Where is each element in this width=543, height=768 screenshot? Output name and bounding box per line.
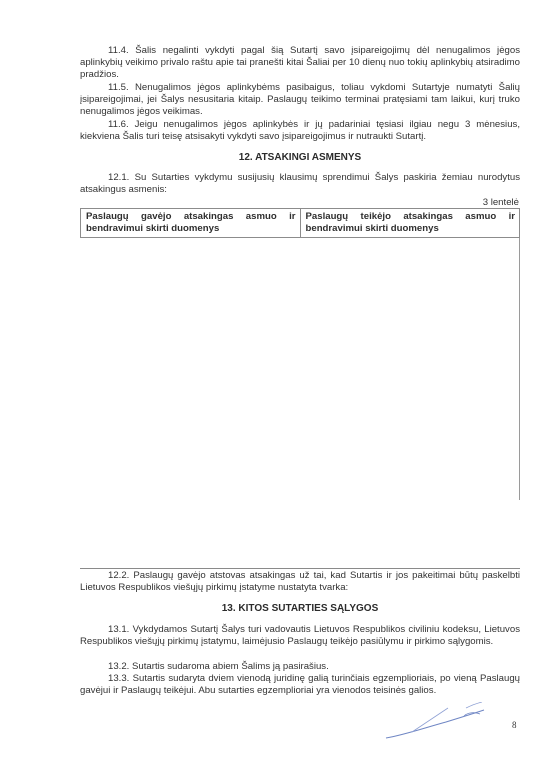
paragraph-12-2: 12.2. Paslaugų gavėjo atstovas atsakinga… [80,570,520,594]
paragraph-number: 12.1. [108,172,129,183]
paragraph-text: Sutartis sudaryta dviem vienodą juridinę… [80,673,520,696]
paragraph-12-1: 12.1. Su Sutarties vykdymu susijusių kla… [80,172,520,196]
paragraph-number: 11.6. [108,119,129,130]
section-heading-12: 12. ATSAKINGI ASMENYS [80,152,520,163]
paragraph-text: Paslaugų gavėjo atstovas atsakingas už t… [80,570,520,593]
paragraph-13-1: 13.1. Vykdydamos Sutartį Šalys turi vado… [80,624,520,648]
paragraph-number: 13.1. [108,624,129,635]
table-header-recipient: Paslaugų gavėjo atsakingas asmuo ir bend… [81,209,300,237]
paragraph-11-6: 11.6. Jeigu nenugalimos jėgos aplinkybės… [80,119,520,143]
table-header-provider: Paslaugų teikėjo atsakingas asmuo ir ben… [300,209,520,237]
paragraph-number: 11.5. [108,82,129,93]
paragraph-text: Šalis negalinti vykdyti pagal šią Sutart… [80,45,520,80]
paragraph-13-3: 13.3. Sutartis sudaryta dviem vienodą ju… [80,673,520,697]
table-border [519,238,520,500]
paragraph-text: Sutartis sudaroma abiem Šalims ją pasira… [132,661,329,672]
paragraph-text: Nenugalimos jėgos aplinkybėms pasibaigus… [80,82,520,117]
paragraph-number: 12.2. [108,570,129,581]
paragraph-11-4: 11.4. Šalis negalinti vykdyti pagal šią … [80,45,520,82]
paragraph-text: Su Sutarties vykdymu susijusių klausimų … [80,172,520,195]
signature-icon [384,702,494,742]
table-bottom-border [80,568,520,569]
paragraph-number: 13.2. [108,661,129,672]
page-number: 8 [512,720,517,730]
table-caption: 3 lentelė [483,197,519,208]
document-page: 11.4. Šalis negalinti vykdyti pagal šią … [0,0,543,768]
paragraph-text: Jeigu nenugalimos jėgos aplinkybės ir jų… [80,119,520,142]
paragraph-13-2: 13.2. Sutartis sudaroma abiem Šalims ją … [80,661,520,673]
paragraph-number: 13.3. [108,673,129,684]
paragraph-11-5: 11.5. Nenugalimos jėgos aplinkybėms pasi… [80,82,520,119]
paragraph-text: Vykdydamos Sutartį Šalys turi vadovautis… [80,624,520,647]
responsible-persons-table-header: Paslaugų gavėjo atsakingas asmuo ir bend… [80,208,520,238]
section-heading-13: 13. KITOS SUTARTIES SĄLYGOS [80,603,520,614]
paragraph-number: 11.4. [108,45,129,56]
